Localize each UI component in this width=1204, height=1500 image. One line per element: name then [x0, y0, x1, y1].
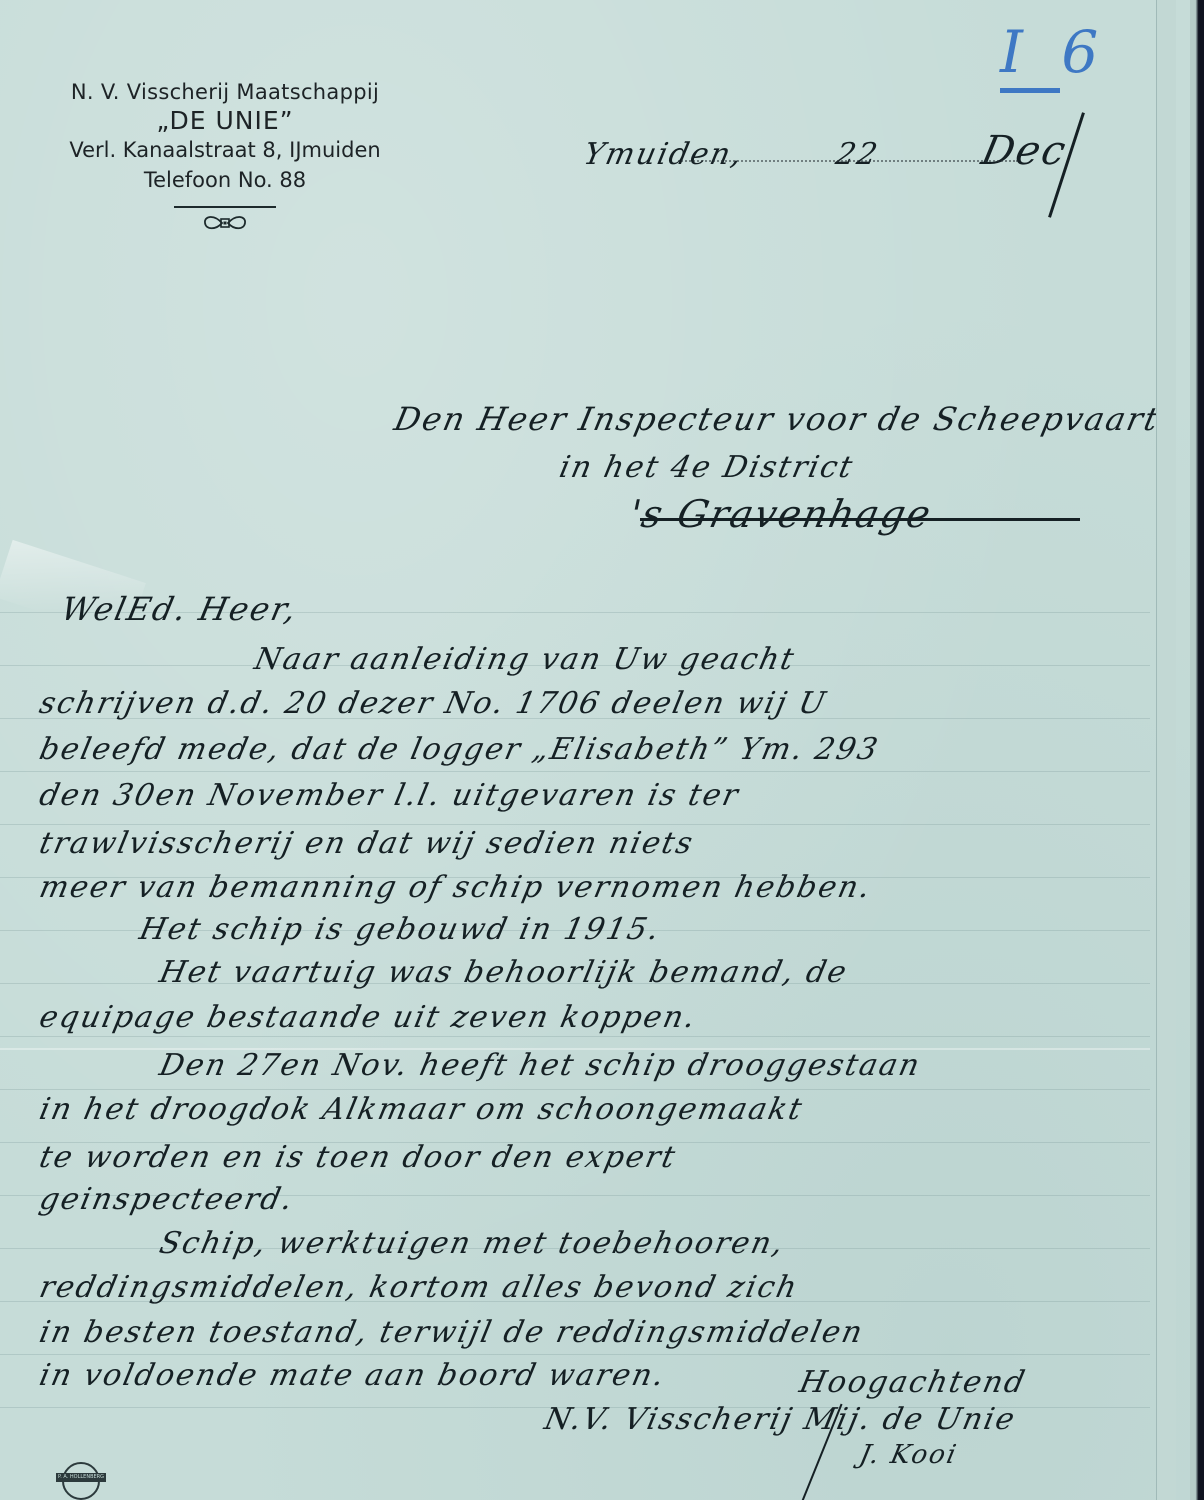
annotation-underline [1000, 88, 1060, 93]
letterhead-address: Verl. Kanaalstraat 8, IJmuiden [20, 136, 430, 164]
body-line: te worden en is toen door den expert [36, 1140, 680, 1175]
body-line: Den 27en Nov. heeft het schip drooggesta… [156, 1048, 924, 1083]
letterhead-phone: Telefoon No. 88 [20, 164, 430, 196]
letterhead-rule [174, 206, 276, 208]
date-dotted-line [678, 160, 1018, 162]
body-line: in besten toestand, terwijl de reddingsm… [36, 1315, 867, 1350]
body-line: schrijven d.d. 20 dezer No. 1706 deelen … [36, 686, 830, 721]
letterhead-company: N. V. Visscherij Maatschappij [20, 78, 430, 106]
body-line: meer van bemanning of schip vernomen heb… [36, 870, 875, 905]
closing-company: N.V. Visscherij Mij. de Unie [541, 1402, 1019, 1437]
addressee-underline [640, 518, 1080, 521]
body-line: in het droogdok Alkmaar om schoongemaakt [36, 1092, 806, 1127]
dateline: Ymuiden, 22 Dec 1917 [580, 128, 1204, 174]
body-line: geinspecteerd. [36, 1182, 297, 1217]
closing-signoff: Hoogachtend [796, 1365, 1029, 1400]
date-place: Ymuiden, [581, 137, 747, 172]
date-day: 22 [833, 137, 883, 172]
background-edge [1190, 0, 1204, 1500]
body-line: equipage bestaande uit zeven koppen. [36, 1000, 700, 1035]
annotation-text: I 6 [1000, 18, 1108, 86]
body-line: in voldoende mate aan boord waren. [36, 1358, 669, 1393]
body-line: Schip, werktuigen met toebehooren, [156, 1226, 788, 1261]
body-line: den 30en November l.l. uitgevaren is ter [36, 778, 743, 813]
addressee-line-3: 's Gravenhage [625, 492, 936, 536]
letterhead: N. V. Visscherij Maatschappij „DE UNIE” … [20, 78, 430, 236]
body-line: reddingsmiddelen, kortom alles bevond zi… [36, 1270, 801, 1305]
letter-paper: N. V. Visscherij Maatschappij „DE UNIE” … [0, 0, 1190, 1500]
body-line: trawlvisscherij en dat wij sedien niets [36, 826, 697, 861]
archive-annotation: I 6 [1000, 18, 1108, 86]
body-line: Naar aanleiding van Uw geacht [251, 642, 798, 677]
printer-stamp-band: P. A. HOLLENBERG [56, 1473, 106, 1482]
body-line: beleefd mede, dat de logger „Elisabeth” … [36, 732, 882, 767]
paper-edge [1156, 0, 1176, 1500]
salutation: WelEd. Heer, [58, 590, 301, 628]
addressee-line-2: in het 4e District [556, 450, 857, 485]
bow-ornament-icon [202, 214, 248, 232]
letterhead-name: „DE UNIE” [20, 106, 430, 136]
body-line: Het schip is gebouwd in 1915. [136, 912, 664, 947]
signature: J. Kooi [857, 1440, 961, 1470]
date-month: Dec [977, 128, 1071, 174]
addressee-line-1: Den Heer Inspecteur voor de Scheepvaart [391, 400, 1163, 438]
body-line: Het vaartuig was behoorlijk bemand, de [156, 955, 851, 990]
